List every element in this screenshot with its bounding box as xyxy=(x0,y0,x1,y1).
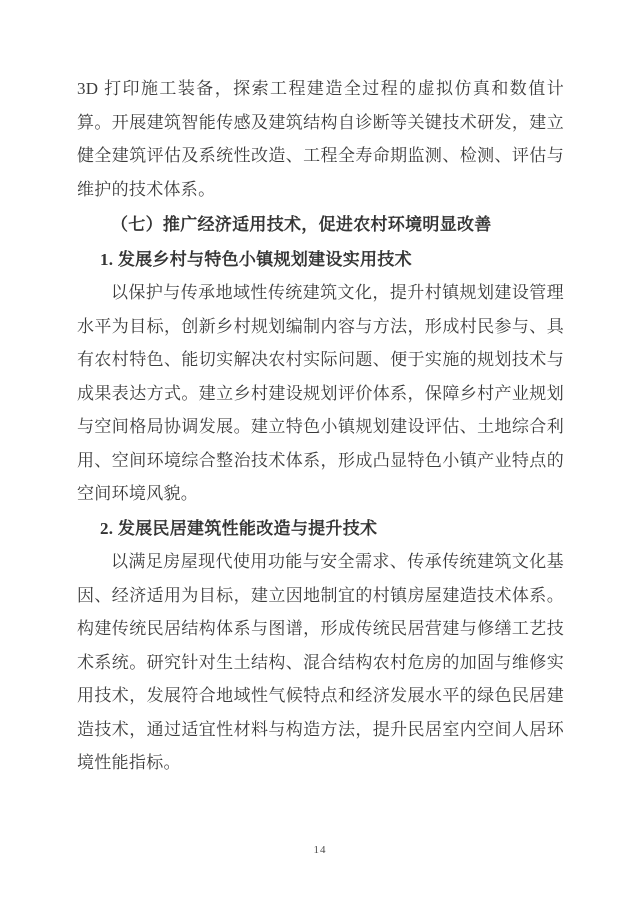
subsection-heading-2: 2. 发展民居建筑性能改造与提升技术 xyxy=(77,512,564,546)
body-paragraph: 以保护与传承地域性传统建筑文化，提升村镇规划建设管理水平为目标，创新乡村规划编制… xyxy=(77,276,564,511)
document-page: 3D 打印施工装备，探索工程建造全过程的虚拟仿真和数值计算。开展建筑智能传感及建… xyxy=(0,0,640,906)
body-paragraph-continued: 3D 打印施工装备，探索工程建造全过程的虚拟仿真和数值计算。开展建筑智能传感及建… xyxy=(77,72,564,206)
body-paragraph: 以满足房屋现代使用功能与安全需求、传承传统建筑文化基因、经济适用为目标，建立因地… xyxy=(77,545,564,780)
page-number: 14 xyxy=(0,844,640,856)
document-text-block: 3D 打印施工装备，探索工程建造全过程的虚拟仿真和数值计算。开展建筑智能传感及建… xyxy=(77,72,564,780)
section-heading: （七）推广经济适用技术，促进农村环境明显改善 xyxy=(77,208,564,242)
subsection-heading-1: 1. 发展乡村与特色小镇规划建设实用技术 xyxy=(77,243,564,277)
